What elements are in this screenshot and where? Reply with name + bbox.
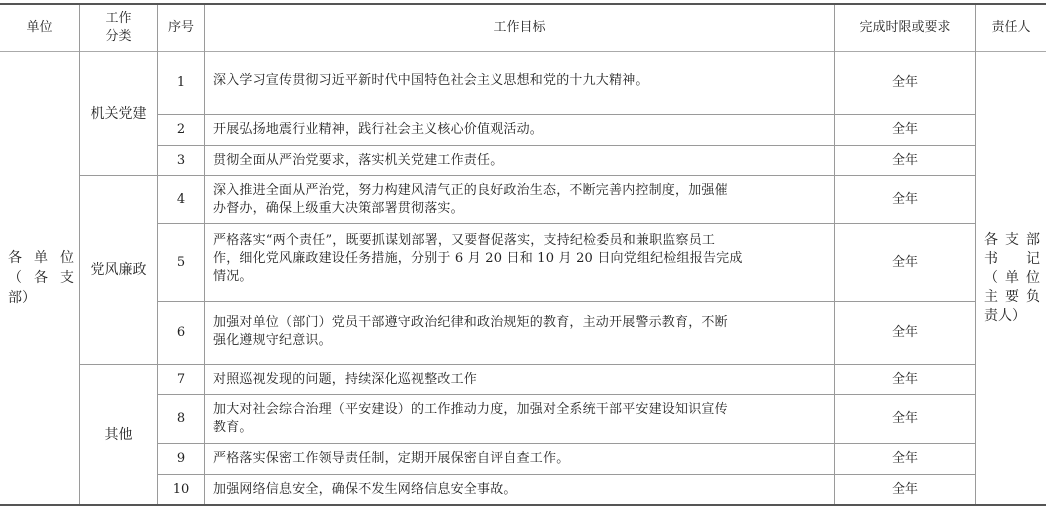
- unit-cell: 各 单 位 （ 各 支 部）: [8, 52, 74, 504]
- deadline-cell: 全年: [835, 444, 975, 474]
- seq-number: 7: [177, 371, 185, 389]
- deadline-cell: 全年: [835, 365, 975, 394]
- goal-cell: 深入推进全面从严治党，努力构建风清气正的良好政治生态，不断完善内控制度，加强催 …: [205, 176, 834, 223]
- seq-cell: 6: [158, 302, 204, 364]
- goal-text: 对照巡视发现的问题，持续深化巡视整改工作: [213, 371, 477, 389]
- category-label: 党风廉政: [91, 261, 147, 279]
- seq-cell: 5: [158, 224, 204, 301]
- seq-number: 6: [177, 324, 185, 342]
- goal-cell: 严格落实保密工作领导责任制，定期开展保密自评自查工作。: [205, 444, 834, 474]
- seq-cell: 3: [158, 146, 204, 175]
- seq-cell: 10: [158, 475, 204, 504]
- header-owner: 责任人: [976, 5, 1046, 51]
- owner-line: 书 记: [984, 250, 1040, 269]
- header-owner-label: 责任人: [991, 19, 1030, 37]
- goal-text: 贯彻全面从严治党要求，落实机关党建工作责任。: [213, 152, 503, 170]
- seq-cell: 9: [158, 444, 204, 474]
- goal-cell: 严格落实“两个责任”，既要抓谋划部署，又要督促落实，支持纪检委员和兼职监察员工 …: [205, 224, 834, 301]
- seq-cell: 1: [158, 52, 204, 114]
- goal-text-line: 严格落实“两个责任”，既要抓谋划部署，又要督促落实，支持纪检委员和兼职监察员工: [213, 232, 715, 250]
- header-unit: 单位: [0, 5, 79, 51]
- owner-line: （单位: [984, 269, 1040, 288]
- goal-text-line: 加大对社会综合治理（平安建设）的工作推动力度，加强对全系统干部平安建设知识宣传: [213, 401, 728, 419]
- category-party-building: 机关党建: [80, 52, 157, 175]
- deadline-text: 全年: [892, 324, 918, 342]
- goal-cell: 贯彻全面从严治党要求，落实机关党建工作责任。: [205, 146, 834, 175]
- seq-number: 4: [177, 191, 185, 209]
- deadline-cell: 全年: [835, 224, 975, 301]
- goal-cell: 加强网络信息安全，确保不发生网络信息安全事故。: [205, 475, 834, 504]
- header-unit-label: 单位: [26, 19, 52, 37]
- deadline-text: 全年: [892, 74, 918, 92]
- seq-cell: 4: [158, 176, 204, 223]
- deadline-cell: 全年: [835, 52, 975, 114]
- seq-number: 8: [177, 410, 185, 428]
- goal-text-line: 加强对单位（部门）党员干部遵守政治纪律和政治规矩的教育，主动开展警示教育，不断: [213, 314, 728, 332]
- seq-number: 3: [177, 152, 185, 170]
- deadline-cell: 全年: [835, 302, 975, 364]
- goal-text: 开展弘扬地震行业精神，践行社会主义核心价值观活动。: [213, 121, 543, 139]
- deadline-text: 全年: [892, 450, 918, 468]
- deadline-text: 全年: [892, 121, 918, 139]
- header-category: 工作 分类: [80, 5, 157, 51]
- work-goals-table: 单位 工作 分类 序号 工作目标 完成时限或要求 责任人 各 单 位 （ 各 支…: [0, 0, 1053, 508]
- goal-cell: 加大对社会综合治理（平安建设）的工作推动力度，加强对全系统干部平安建设知识宣传 …: [205, 395, 834, 443]
- header-category-line2: 分类: [105, 28, 131, 46]
- goal-text-line: 办督办，确保上级重大决策部署贯彻落实。: [213, 200, 464, 218]
- goal-cell: 对照巡视发现的问题，持续深化巡视整改工作: [205, 365, 834, 394]
- seq-number: 9: [177, 450, 185, 468]
- goal-text-line: 强化遵规守纪意识。: [213, 332, 332, 350]
- deadline-cell: 全年: [835, 115, 975, 145]
- seq-number: 5: [177, 254, 185, 272]
- goal-text-line: 作，细化党风廉政建设任务措施，分别于 6 月 20 日和 10 月 20 日向党…: [213, 250, 743, 268]
- header-deadline-label: 完成时限或要求: [859, 19, 950, 37]
- category-other: 其他: [80, 365, 157, 504]
- seq-cell: 2: [158, 115, 204, 145]
- seq-number: 10: [173, 481, 190, 499]
- goal-text: 加强网络信息安全，确保不发生网络信息安全事故。: [213, 481, 517, 499]
- deadline-cell: 全年: [835, 176, 975, 223]
- goal-text: 严格落实保密工作领导责任制，定期开展保密自评自查工作。: [213, 450, 569, 468]
- deadline-text: 全年: [892, 371, 918, 389]
- header-category-line1: 工作: [105, 10, 131, 28]
- goal-cell: 加强对单位（部门）党员干部遵守政治纪律和政治规矩的教育，主动开展警示教育，不断 …: [205, 302, 834, 364]
- deadline-text: 全年: [892, 254, 918, 272]
- category-label: 机关党建: [91, 105, 147, 123]
- header-deadline: 完成时限或要求: [835, 5, 975, 51]
- goal-text-line: 教育。: [213, 419, 253, 437]
- deadline-text: 全年: [892, 152, 918, 170]
- header-seq-label: 序号: [168, 19, 194, 37]
- deadline-text: 全年: [892, 481, 918, 499]
- unit-line: 各 单 位: [8, 248, 74, 268]
- goal-cell: 开展弘扬地震行业精神，践行社会主义核心价值观活动。: [205, 115, 834, 145]
- owner-line: 主要负: [984, 288, 1040, 307]
- col-divider: [975, 5, 976, 504]
- goal-text: 深入学习宣传贯彻习近平新时代中国特色社会主义思想和党的十九大精神。: [213, 72, 649, 90]
- deadline-cell: 全年: [835, 475, 975, 504]
- deadline-text: 全年: [892, 191, 918, 209]
- header-seq: 序号: [158, 5, 204, 51]
- goal-cell: 深入学习宣传贯彻习近平新时代中国特色社会主义思想和党的十九大精神。: [205, 52, 834, 114]
- seq-cell: 7: [158, 365, 204, 394]
- goal-text-line: 情况。: [213, 268, 253, 286]
- unit-line: （ 各 支: [8, 268, 74, 288]
- table-bottom-border: [0, 504, 1046, 506]
- owner-line: 各支部: [984, 231, 1040, 250]
- deadline-cell: 全年: [835, 146, 975, 175]
- seq-cell: 8: [158, 395, 204, 443]
- seq-number: 2: [177, 121, 185, 139]
- header-goal-label: 工作目标: [493, 19, 545, 37]
- seq-number: 1: [177, 74, 185, 92]
- owner-cell: 各支部 书 记 （单位 主要负 责人）: [984, 52, 1040, 504]
- unit-line: 部）: [8, 288, 74, 308]
- deadline-text: 全年: [892, 410, 918, 428]
- goal-text-line: 深入推进全面从严治党，努力构建风清气正的良好政治生态，不断完善内控制度，加强催: [213, 182, 728, 200]
- deadline-cell: 全年: [835, 395, 975, 443]
- category-clean-governance: 党风廉政: [80, 176, 157, 364]
- category-label: 其他: [105, 426, 133, 444]
- header-goal: 工作目标: [205, 5, 834, 51]
- owner-line: 责人）: [984, 307, 1040, 326]
